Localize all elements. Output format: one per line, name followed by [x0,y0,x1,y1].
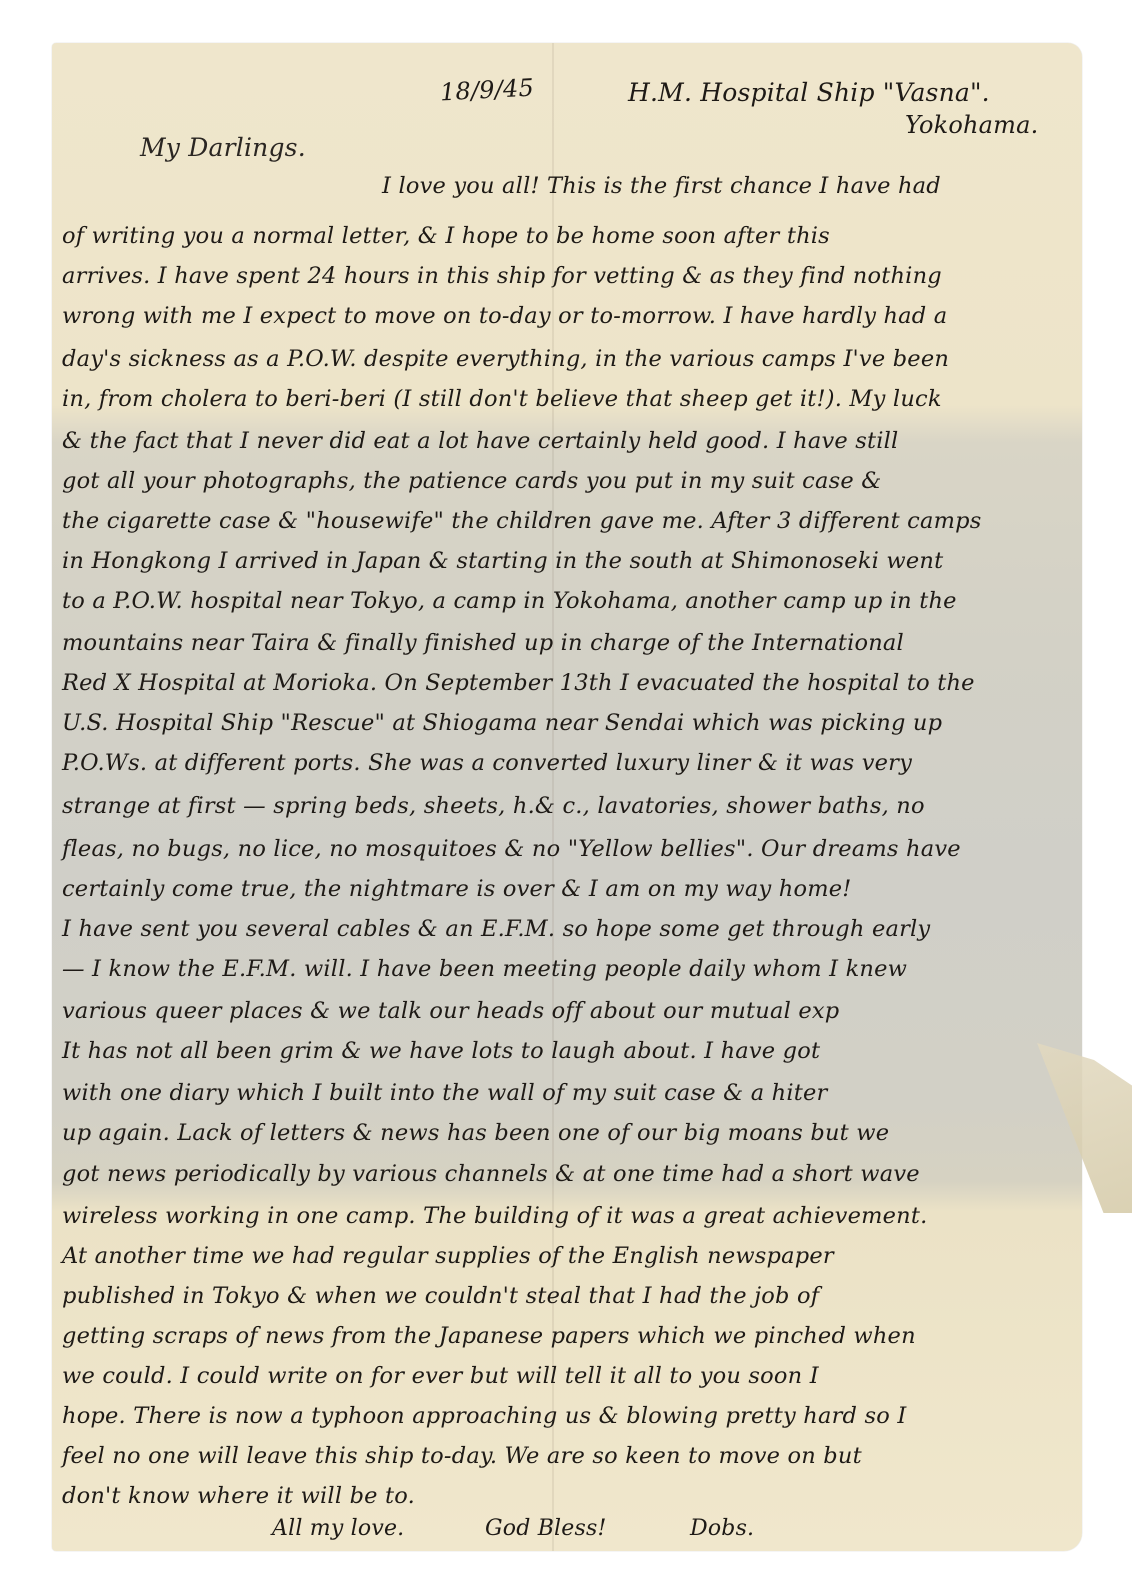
letter-line: with one diary which I built into the wa… [62,1082,827,1105]
letter-line: wireless working in one camp. The buildi… [62,1205,927,1228]
letter-line: day's sickness as a P.O.W. despite every… [62,348,949,371]
letter-line: up again. Lack of letters & news has bee… [62,1122,889,1145]
letter-line: the cigarette case & "housewife" the chi… [62,510,981,533]
letter-line: getting scraps of news from the Japanese… [62,1325,916,1348]
letter-line: It has not all been grim & we have lots … [62,1040,820,1063]
letter-line: hope. There is now a typhoon approaching… [62,1405,906,1428]
letter-line: various queer places & we talk our heads… [62,1000,839,1023]
letter-line: I have sent you several cables & an E.F.… [62,918,930,941]
letter-line: we could. I could write on for ever but … [62,1365,819,1388]
letter-line: got news periodically by various channel… [62,1163,920,1186]
letter-line: in, from cholera to beri-beri (I still d… [62,388,942,411]
letter-line: — I know the E.F.M. will. I have been me… [62,958,907,981]
letter-date: 18/9/45 [439,76,534,105]
letter-line: & the fact that I never did eat a lot ha… [62,430,898,453]
letter-line: strange at first — spring beds, sheets, … [62,795,925,818]
signature: Dobs. [690,1518,754,1540]
salutation: My Darlings. [140,135,306,160]
closing-farewell: All my love. [272,1518,404,1540]
closing-blessing: God Bless! [485,1518,607,1540]
folded-corner [1037,1043,1132,1213]
letter-line: P.O.Ws. at different ports. She was a co… [62,752,912,775]
letter-line: Red X Hospital at Morioka. On September … [62,672,975,695]
letter-line: At another time we had regular supplies … [62,1245,834,1268]
letter-line: in Hongkong I arrived in Japan & startin… [62,550,943,573]
letter-line: mountains near Taira & finally finished … [62,632,904,655]
torn-edge [1107,913,1136,983]
letter-line: got all your photographs, the patience c… [62,470,881,493]
letter-line: don't know where it will be to. [62,1485,415,1508]
sender-address-ship: H.M. Hospital Ship "Vasna". [628,80,990,105]
letter-line: fleas, no bugs, no lice, no mosquitoes &… [62,838,961,861]
letter-line: feel no one will leave this ship to-day.… [62,1445,862,1468]
letter-line: wrong with me I expect to move on to-day… [62,305,947,328]
letter-line: published in Tokyo & when we couldn't st… [62,1285,819,1308]
letter-line: of writing you a normal letter, & I hope… [62,225,830,248]
letter-line: to a P.O.W. hospital near Tokyo, a camp … [62,590,957,613]
letter-line: I love you all! This is the first chance… [382,175,941,198]
sender-address-city: Yokohama. [905,113,1038,137]
letter-line: certainly come true, the nightmare is ov… [62,878,851,901]
letter-line: U.S. Hospital Ship "Rescue" at Shiogama … [62,712,942,735]
letter-line: arrives. I have spent 24 hours in this s… [62,265,942,288]
